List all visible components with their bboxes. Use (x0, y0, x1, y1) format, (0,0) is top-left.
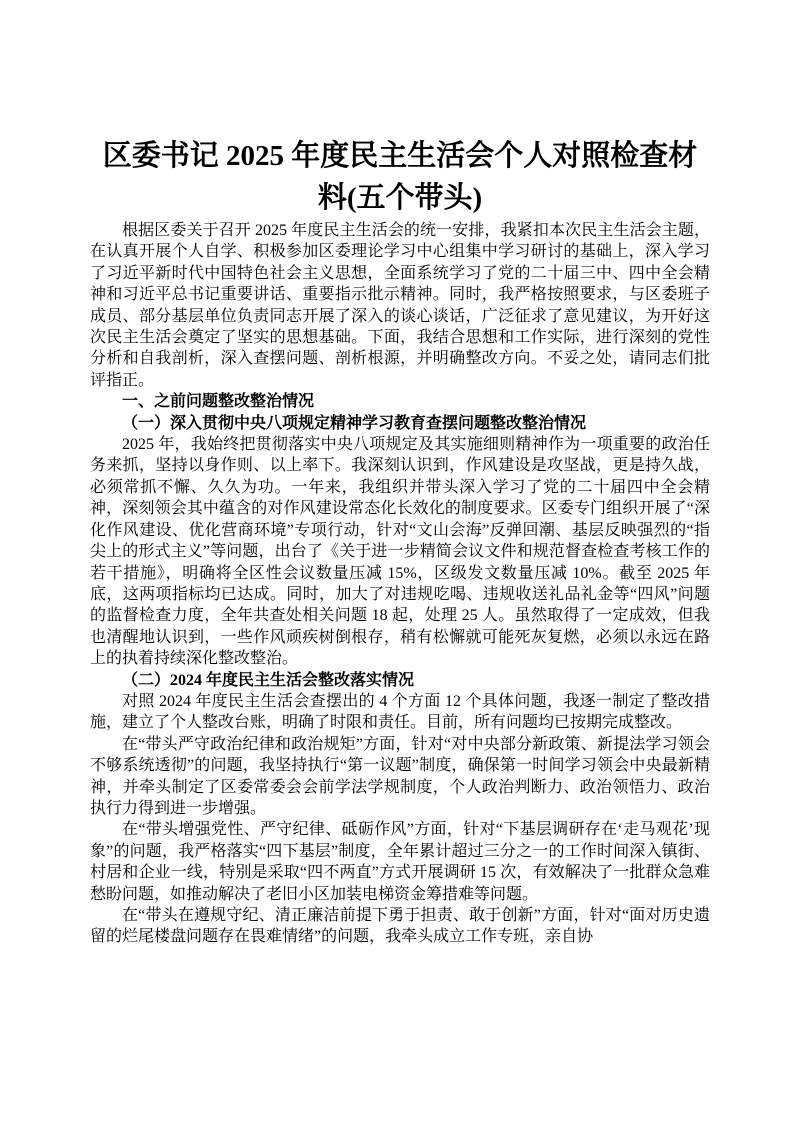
paragraph-integrity-innovation: 在“带头在遵规守纪、清正廉洁前提下勇于担责、敢于创新”方面，针对“面对历史遗留的… (90, 905, 710, 948)
paragraph-party-spirit-conduct: 在“带头增强党性、严守纪律、砥砺作风”方面，针对“下基层调研存在‘走马观花’现象… (90, 819, 710, 905)
subsection-heading-eight-provisions: （一）深入贯彻中央八项规定精神学习教育查摆问题整改整治情况 (90, 413, 710, 434)
document-page: 区委书记 2025 年度民主生活会个人对照检查材料(五个带头) 根据区委关于召开… (0, 0, 793, 1121)
subsection-heading-2024-rectification: （二）2024 年度民主生活会整改落实情况 (90, 670, 710, 691)
intro-paragraph: 根据区委关于召开 2025 年度民主生活会的统一安排，我紧扣本次民主生活会主题，… (90, 220, 710, 391)
section-heading-previous-rectification: 一、之前问题整改整治情况 (90, 391, 710, 412)
paragraph-eight-provisions-rectification: 2025 年，我始终把贯彻落实中央八项规定及其实施细则精神作为一项重要的政治任务… (90, 434, 710, 669)
paragraph-political-discipline: 在“带头严守政治纪律和政治规矩”方面，针对“对中央部分新政策、新提法学习领会不够… (90, 734, 710, 820)
paragraph-2024-rectification-overview: 对照 2024 年度民主生活会查摆出的 4 个方面 12 个具体问题，我逐一制定… (90, 691, 710, 734)
document-title: 区委书记 2025 年度民主生活会个人对照检查材料(五个带头) (98, 135, 702, 219)
